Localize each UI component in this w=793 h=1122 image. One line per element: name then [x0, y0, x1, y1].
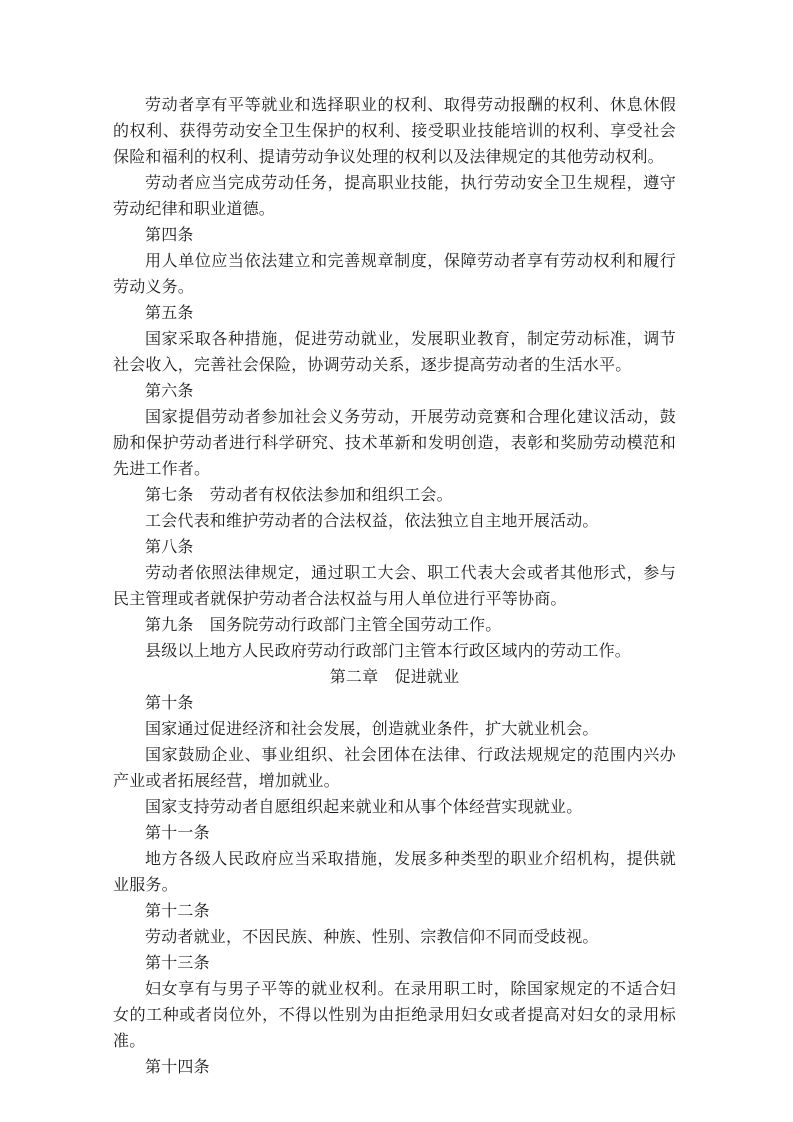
- paragraph: 劳动者享有平等就业和选择职业的权利、取得劳动报酬的权利、休息休假的权利、获得劳动…: [113, 92, 676, 170]
- paragraph: 国家通过促进经济和社会发展，创造就业条件，扩大就业机会。: [113, 716, 676, 742]
- paragraph: 地方各级人民政府应当采取措施，发展多种类型的职业介绍机构，提供就业服务。: [113, 846, 676, 898]
- paragraph: 国家支持劳动者自愿组织起来就业和从事个体经营实现就业。: [113, 794, 676, 820]
- paragraph: 第十三条: [113, 950, 676, 976]
- paragraph: 国家鼓励企业、事业组织、社会团体在法律、行政法规规定的范围内兴办产业或者拓展经营…: [113, 742, 676, 794]
- paragraph: 第十条: [113, 690, 676, 716]
- paragraph: 工会代表和维护劳动者的合法权益，依法独立自主地开展活动。: [113, 508, 676, 534]
- paragraph: 第十四条: [113, 1054, 676, 1080]
- paragraph: 劳动者就业，不因民族、种族、性别、宗教信仰不同而受歧视。: [113, 924, 676, 950]
- chapter-heading: 第二章 促进就业: [113, 664, 676, 690]
- paragraph: 用人单位应当依法建立和完善规章制度，保障劳动者享有劳动权利和履行劳动义务。: [113, 248, 676, 300]
- paragraph: 第五条: [113, 300, 676, 326]
- paragraph: 第六条: [113, 378, 676, 404]
- paragraph: 国家提倡劳动者参加社会义务劳动，开展劳动竞赛和合理化建议活动，鼓励和保护劳动者进…: [113, 404, 676, 482]
- paragraph: 国家采取各种措施，促进劳动就业，发展职业教育，制定劳动标准，调节社会收入，完善社…: [113, 326, 676, 378]
- paragraph: 第十二条: [113, 898, 676, 924]
- paragraph: 劳动者依照法律规定，通过职工大会、职工代表大会或者其他形式，参与民主管理或者就保…: [113, 560, 676, 612]
- document-page: 劳动者享有平等就业和选择职业的权利、取得劳动报酬的权利、休息休假的权利、获得劳动…: [0, 0, 793, 1122]
- paragraph: 第四条: [113, 222, 676, 248]
- paragraph: 第八条: [113, 534, 676, 560]
- paragraph: 妇女享有与男子平等的就业权利。在录用职工时，除国家规定的不适合妇女的工种或者岗位…: [113, 976, 676, 1054]
- paragraph: 第九条 国务院劳动行政部门主管全国劳动工作。: [113, 612, 676, 638]
- paragraph: 第十一条: [113, 820, 676, 846]
- paragraph: 劳动者应当完成劳动任务，提高职业技能，执行劳动安全卫生规程，遵守劳动纪律和职业道…: [113, 170, 676, 222]
- paragraph: 县级以上地方人民政府劳动行政部门主管本行政区域内的劳动工作。: [113, 638, 676, 664]
- document-body: 劳动者享有平等就业和选择职业的权利、取得劳动报酬的权利、休息休假的权利、获得劳动…: [113, 92, 676, 1080]
- paragraph: 第七条 劳动者有权依法参加和组织工会。: [113, 482, 676, 508]
